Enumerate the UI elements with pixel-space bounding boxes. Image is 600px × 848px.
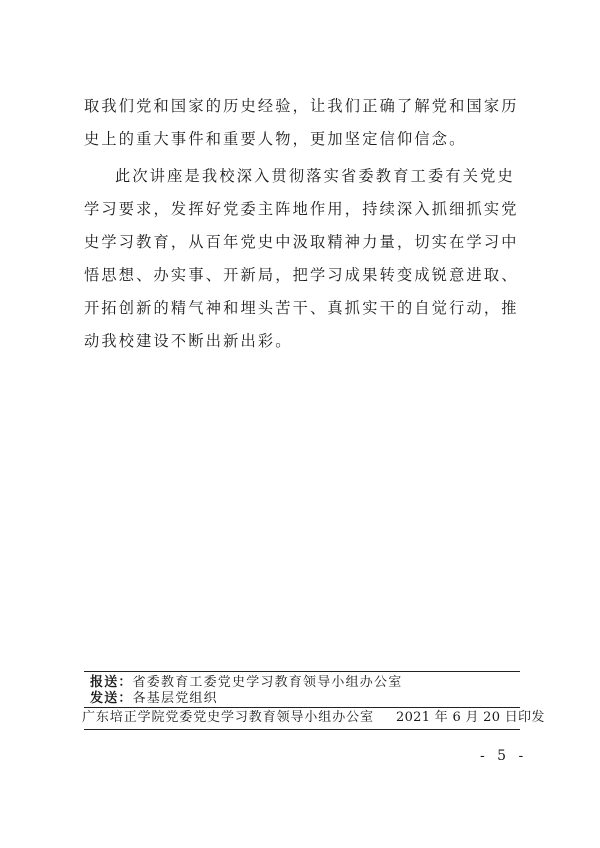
send-to-label: 发送： [90,691,133,706]
send-to-line: 发送：各基层党组织 [90,690,218,708]
report-to-value: 省委教育工委党史学习教育领导小组办公室 [133,675,403,690]
send-to-value: 各基层党组织 [133,691,218,706]
paragraph-continued: 取我们党和国家的历史经验，让我们正确了解党和国家历史上的重大事件和重要人物，更加… [84,90,524,156]
page-number: - 5 - [480,748,527,764]
issue-date: 2021 年 6 月 20 日印发 [396,709,545,727]
report-to-label: 报送： [90,675,133,690]
footer-top-rule [84,671,520,672]
footer-bottom-rule [84,729,520,730]
footer-middle-rule [84,707,520,708]
issuer-line: 广东培正学院党委党史学习教育领导小组办公室 [82,709,374,727]
issuer-name: 广东培正学院党委党史学习教育领导小组办公室 [82,710,374,725]
paragraph-lecture-summary: 此次讲座是我校深入贯彻落实省委教育工委有关党史学习要求，发挥好党委主阵地作用，持… [84,160,524,358]
